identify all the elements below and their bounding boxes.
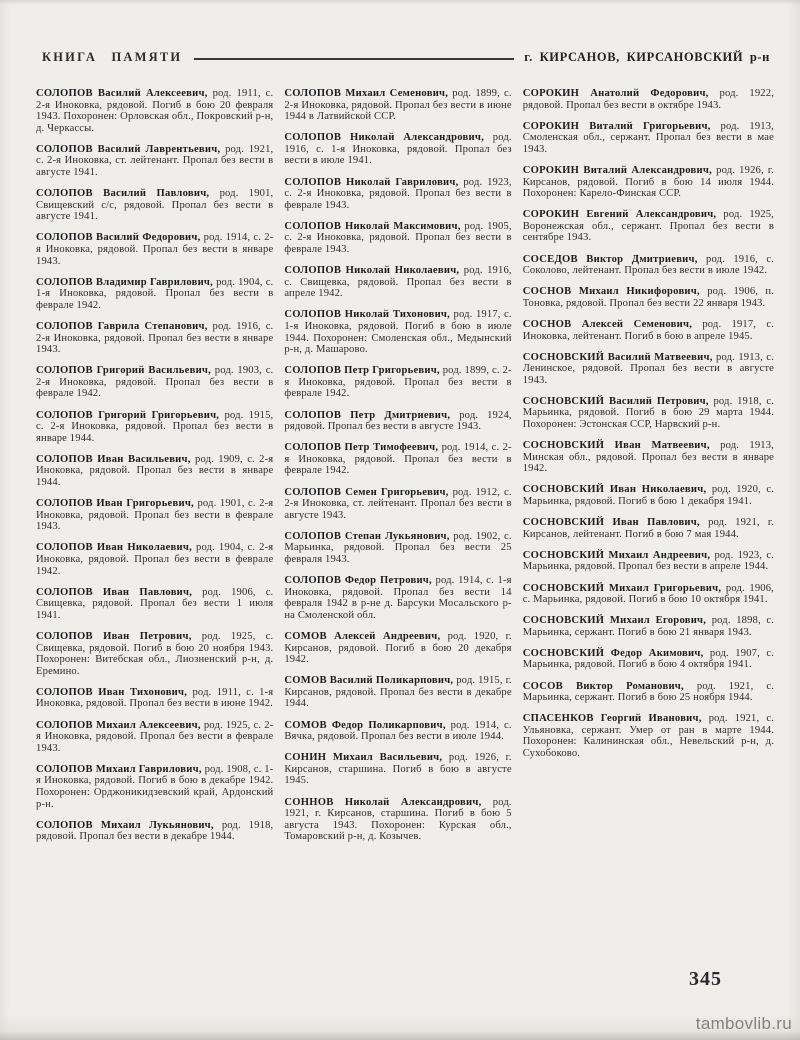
column-3: СОРОКИН Анатолий Федорович, род. 1922, р… bbox=[523, 88, 774, 980]
entry-name: СОЛОПОВ Николай Николаевич, bbox=[284, 265, 459, 276]
memorial-entry: СОСНОВСКИЙ Иван Николаевич, род. 1920, с… bbox=[523, 484, 774, 507]
entry-name: СОЛОПОВ Иван Тихонович, bbox=[36, 687, 187, 698]
entry-name: СОЛОПОВ Иван Петрович, bbox=[36, 631, 192, 642]
memorial-entry: СОЛОПОВ Степан Лукьянович, род. 1902, с.… bbox=[284, 531, 511, 566]
entry-name: СОМОВ Алексей Андреевич, bbox=[284, 631, 440, 642]
memorial-entry: СОЛОПОВ Николай Тихонович, род. 1917, с.… bbox=[284, 309, 511, 355]
memorial-entry: СОЛОПОВ Василий Алексеевич, род. 1911, с… bbox=[36, 88, 273, 134]
memorial-entry: СОЛОПОВ Григорий Васильевич, род. 1903, … bbox=[36, 365, 273, 400]
entry-name: СОЛОПОВ Григорий Григорьевич, bbox=[36, 410, 219, 421]
entry-name: СОЛОПОВ Семен Григорьевич, bbox=[284, 487, 448, 498]
entry-name: СОЛОПОВ Николай Александрович, bbox=[284, 132, 484, 143]
memorial-entry: СОЛОПОВ Семен Григорьевич, род. 1912, с.… bbox=[284, 487, 511, 522]
memorial-entry: СОЛОПОВ Николай Николаевич, род. 1916, с… bbox=[284, 265, 511, 300]
entry-name: СОЛОПОВ Гаврила Степанович, bbox=[36, 321, 208, 332]
memorial-entry: СОСНОВСКИЙ Михаил Григорьевич, род. 1906… bbox=[523, 583, 774, 606]
entry-name: СОМОВ Василий Поликарпович, bbox=[284, 675, 453, 686]
entry-name: СОЛОПОВ Николай Гаврилович, bbox=[284, 177, 458, 188]
entry-name: СОЛОПОВ Михаил Лукьянович, bbox=[36, 820, 214, 831]
entry-name: СОСНОВ Алексей Семенович, bbox=[523, 319, 692, 330]
page-number: 345 bbox=[689, 968, 722, 991]
memorial-entry: СОЛОПОВ Николай Максимович, род. 1905, с… bbox=[284, 221, 511, 256]
memorial-entry: СОЛОПОВ Николай Александрович, род. 1916… bbox=[284, 132, 511, 167]
entry-name: СПАСЕНКОВ Георгий Иванович, bbox=[523, 713, 702, 724]
memorial-entry: СОЛОПОВ Василий Павлович, род. 1901, Сви… bbox=[36, 188, 273, 223]
book-title: КНИГА ПАМЯТИ bbox=[42, 50, 182, 65]
memorial-entry: СОЛОПОВ Петр Григорьевич, род. 1899, с. … bbox=[284, 365, 511, 400]
entry-name: СОЛОПОВ Федор Петрович, bbox=[284, 575, 432, 586]
memorial-entry: СОСНОВ Михаил Никифорович, род. 1906, п.… bbox=[523, 286, 774, 309]
memorial-entry: СОСОВ Виктор Романович, род. 1921, с. Ма… bbox=[523, 681, 774, 704]
memorial-entry: СОЛОПОВ Михаил Гаврилович, род. 1908, с.… bbox=[36, 764, 273, 810]
entry-name: СОСНОВСКИЙ Иван Павлович, bbox=[523, 517, 700, 528]
memorial-entry: СОЛОПОВ Гаврила Степанович, род. 1916, с… bbox=[36, 321, 273, 356]
memorial-entry: СОЛОПОВ Иван Григорьевич, род. 1901, с. … bbox=[36, 498, 273, 533]
memorial-entry: СОЛОПОВ Иван Николаевич, род. 1904, с. 2… bbox=[36, 542, 273, 577]
memorial-entry: СОЛОПОВ Иван Павлович, род. 1906, с. Сви… bbox=[36, 587, 273, 622]
memorial-entry: СОЛОПОВ Петр Дмитриевич, род. 1924, рядо… bbox=[284, 410, 511, 433]
memorial-entry: СОСНОВ Алексей Семенович, род. 1917, с. … bbox=[523, 319, 774, 342]
column-2: СОЛОПОВ Михаил Семенович, род. 1899, с. … bbox=[284, 88, 511, 980]
entry-name: СОЛОПОВ Михаил Гаврилович, bbox=[36, 764, 202, 775]
entry-name: СОЛОПОВ Василий Федорович, bbox=[36, 232, 201, 243]
memorial-entry: СОРОКИН Евгений Александрович, род. 1925… bbox=[523, 209, 774, 244]
entry-name: СОСНОВ Михаил Никифорович, bbox=[523, 286, 700, 297]
entry-name: СОЛОПОВ Петр Дмитриевич, bbox=[284, 410, 450, 421]
entry-name: СОЛОПОВ Иван Васильевич, bbox=[36, 454, 191, 465]
entry-name: СОЛОПОВ Иван Григорьевич, bbox=[36, 498, 194, 509]
entry-name: СОСНОВСКИЙ Василий Матвеевич, bbox=[523, 352, 713, 363]
memorial-entry: СОЛОПОВ Михаил Семенович, род. 1899, с. … bbox=[284, 88, 511, 123]
memorial-entry: СОЛОПОВ Григорий Григорьевич, род. 1915,… bbox=[36, 410, 273, 445]
entry-name: СОЛОПОВ Николай Тихонович, bbox=[284, 309, 450, 320]
memorial-entry: СОЛОПОВ Михаил Лукьянович, род. 1918, ря… bbox=[36, 820, 273, 843]
entry-name: СОСНОВСКИЙ Михаил Егорович, bbox=[523, 615, 706, 626]
memorial-entry: СОЛОПОВ Михаил Алексеевич, род. 1925, с.… bbox=[36, 720, 273, 755]
memorial-entry: СОЛОПОВ Петр Тимофеевич, род. 1914, с. 2… bbox=[284, 442, 511, 477]
memorial-entry: СОЛОПОВ Иван Петрович, род. 1925, с. Сви… bbox=[36, 631, 273, 677]
entry-name: СОЛОПОВ Владимир Гаврилович, bbox=[36, 277, 213, 288]
entry-name: СОЛОПОВ Михаил Алексеевич, bbox=[36, 720, 201, 731]
entry-name: СОРОКИН Виталий Григорьевич, bbox=[523, 121, 711, 132]
page-header: КНИГА ПАМЯТИ г. КИРСАНОВ, КИРСАНОВСКИЙ р… bbox=[42, 50, 770, 65]
entry-name: СОРОКИН Виталий Александрович, bbox=[523, 165, 712, 176]
entry-name: СОЛОПОВ Михаил Семенович, bbox=[284, 88, 448, 99]
memorial-entry: СОСНОВСКИЙ Михаил Егорович, род. 1898, с… bbox=[523, 615, 774, 638]
entry-name: СОЛОПОВ Иван Павлович, bbox=[36, 587, 192, 598]
memorial-entry: СОЛОПОВ Василий Федорович, род. 1914, с.… bbox=[36, 232, 273, 267]
entry-name: СОРОКИН Евгений Александрович, bbox=[523, 209, 717, 220]
entry-name: СОЛОПОВ Николай Максимович, bbox=[284, 221, 460, 232]
entry-name: СОЛОПОВ Василий Павлович, bbox=[36, 188, 209, 199]
region-title: г. КИРСАНОВ, КИРСАНОВСКИЙ р-н bbox=[524, 50, 770, 65]
memorial-entry: СОСНОВСКИЙ Василий Петрович, род. 1918, … bbox=[523, 396, 774, 431]
entry-name: СОЛОПОВ Григорий Васильевич, bbox=[36, 365, 211, 376]
entry-name: СОРОКИН Анатолий Федорович, bbox=[523, 88, 709, 99]
book-of-memory-page: КНИГА ПАМЯТИ г. КИРСАНОВ, КИРСАНОВСКИЙ р… bbox=[0, 0, 800, 1040]
memorial-entry: СПАСЕНКОВ Георгий Иванович, род. 1921, с… bbox=[523, 713, 774, 759]
column-1: СОЛОПОВ Василий Алексеевич, род. 1911, с… bbox=[36, 88, 273, 980]
memorial-entry: СОЛОПОВ Владимир Гаврилович, род. 1904, … bbox=[36, 277, 273, 312]
memorial-entry: СОМОВ Алексей Андреевич, род. 1920, г. К… bbox=[284, 631, 511, 666]
entry-name: СОЛОПОВ Степан Лукьянович, bbox=[284, 531, 449, 542]
memorial-entry: СОНИН Михаил Васильевич, род. 1926, г. К… bbox=[284, 752, 511, 787]
entry-name: СОЛОПОВ Василий Лаврентьевич, bbox=[36, 144, 220, 155]
memorial-entry: СОЛОПОВ Николай Гаврилович, род. 1923, с… bbox=[284, 177, 511, 212]
entry-name: СОСНОВСКИЙ Федор Акимович, bbox=[523, 648, 704, 659]
entry-name: СОСОВ Виктор Романович, bbox=[523, 681, 684, 692]
library-watermark: tambovlib.ru bbox=[696, 1014, 792, 1034]
entry-name: СОЛОПОВ Иван Николаевич, bbox=[36, 542, 192, 553]
memorial-entry: СОЛОПОВ Василий Лаврентьевич, род. 1921,… bbox=[36, 144, 273, 179]
memorial-entry: СОМОВ Василий Поликарпович, род. 1915, г… bbox=[284, 675, 511, 710]
entry-name: СОСНОВСКИЙ Василий Петрович, bbox=[523, 396, 709, 407]
memorial-entry: СОСЕДОВ Виктор Дмитриевич, род. 1916, с.… bbox=[523, 254, 774, 277]
columns-container: СОЛОПОВ Василий Алексеевич, род. 1911, с… bbox=[36, 88, 774, 980]
memorial-entry: СОЛОПОВ Иван Васильевич, род. 1909, с. 2… bbox=[36, 454, 273, 489]
entry-name: СОСНОВСКИЙ Иван Матвеевич, bbox=[523, 440, 710, 451]
entry-name: СОСНОВСКИЙ Михаил Григорьевич, bbox=[523, 583, 722, 594]
entry-name: СОЛОПОВ Василий Алексеевич, bbox=[36, 88, 208, 99]
entry-name: СОСНОВСКИЙ Иван Николаевич, bbox=[523, 484, 707, 495]
memorial-entry: СОСНОВСКИЙ Иван Павлович, род. 1921, г. … bbox=[523, 517, 774, 540]
memorial-entry: СОСНОВСКИЙ Михаил Андреевич, род. 1923, … bbox=[523, 550, 774, 573]
memorial-entry: СОЛОПОВ Федор Петрович, род. 1914, с. 1-… bbox=[284, 575, 511, 621]
memorial-entry: СОСНОВСКИЙ Федор Акимович, род. 1907, с.… bbox=[523, 648, 774, 671]
entry-name: СОМОВ Федор Поликарпович, bbox=[284, 720, 445, 731]
memorial-entry: СОСНОВСКИЙ Василий Матвеевич, род. 1913,… bbox=[523, 352, 774, 387]
entry-name: СОННОВ Николай Александрович, bbox=[284, 797, 481, 808]
memorial-entry: СОННОВ Николай Александрович, род. 1921,… bbox=[284, 797, 511, 843]
entry-name: СОСНОВСКИЙ Михаил Андреевич, bbox=[523, 550, 711, 561]
memorial-entry: СОРОКИН Виталий Александрович, род. 1926… bbox=[523, 165, 774, 200]
entry-name: СОНИН Михаил Васильевич, bbox=[284, 752, 442, 763]
memorial-entry: СОМОВ Федор Поликарпович, род. 1914, с. … bbox=[284, 720, 511, 743]
header-rule bbox=[194, 58, 514, 60]
memorial-entry: СОЛОПОВ Иван Тихонович, род. 1911, с. 1-… bbox=[36, 687, 273, 710]
memorial-entry: СОРОКИН Виталий Григорьевич, род. 1913, … bbox=[523, 121, 774, 156]
memorial-entry: СОРОКИН Анатолий Федорович, род. 1922, р… bbox=[523, 88, 774, 111]
memorial-entry: СОСНОВСКИЙ Иван Матвеевич, род. 1913, Ми… bbox=[523, 440, 774, 475]
entry-name: СОЛОПОВ Петр Григорьевич, bbox=[284, 365, 440, 376]
entry-name: СОЛОПОВ Петр Тимофеевич, bbox=[284, 442, 438, 453]
entry-name: СОСЕДОВ Виктор Дмитриевич, bbox=[523, 254, 698, 265]
